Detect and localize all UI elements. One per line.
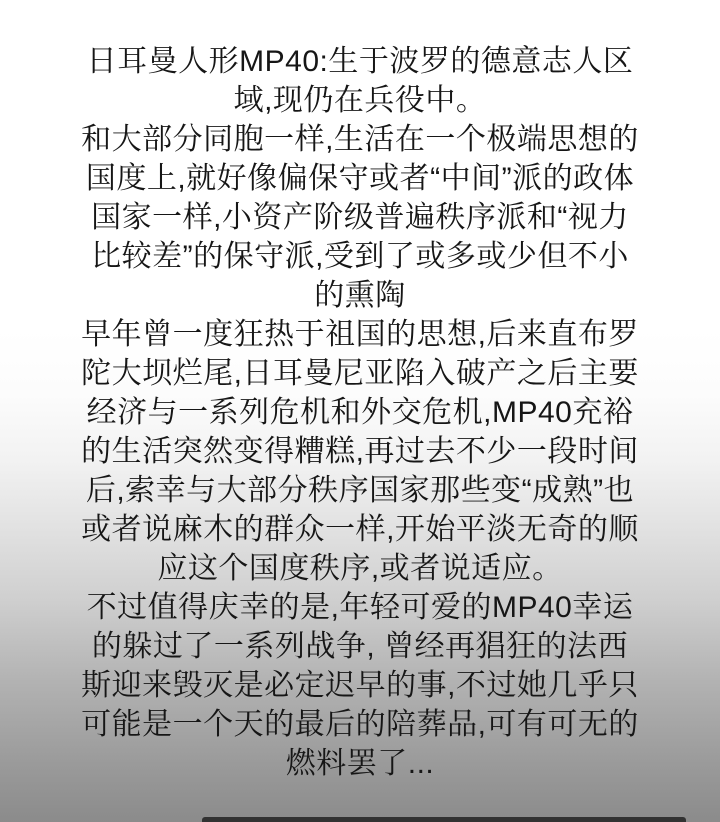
text-line: 斯迎来毁灭是必定迟早的事,不过她几乎只 <box>0 666 720 705</box>
text-line: 国度上,就好像偏保守或者“中间”派的政体 <box>0 159 720 198</box>
text-line: 的熏陶 <box>0 276 720 315</box>
text-block: 日耳曼人形MP40:生于波罗的德意志人区 域,现仍在兵役中。 和大部分同胞一样,… <box>0 42 720 783</box>
text-line: 比较差”的保守派,受到了或多或少但不小 <box>0 237 720 276</box>
text-line: 早年曾一度狂热于祖国的思想,后来直布罗 <box>0 315 720 354</box>
text-line: 经济与一系列危机和外交危机,MP40充裕 <box>0 393 720 432</box>
text-line: 可能是一个天的最后的陪葬品,可有可无的 <box>0 705 720 744</box>
text-line: 国家一样,小资产阶级普遍秩序派和“视力 <box>0 198 720 237</box>
text-line: 和大部分同胞一样,生活在一个极端思想的 <box>0 120 720 159</box>
text-line: 的躲过了一系列战争, 曾经再猖狂的法西 <box>0 627 720 666</box>
text-image-page: 日耳曼人形MP40:生于波罗的德意志人区 域,现仍在兵役中。 和大部分同胞一样,… <box>0 0 720 822</box>
cutoff-next-line-bar <box>202 817 686 822</box>
text-line: 的生活突然变得糟糕,再过去不少一段时间 <box>0 432 720 471</box>
text-line: 燃料罢了... <box>0 744 720 783</box>
text-line: 应这个国度秩序,或者说适应。 <box>0 549 720 588</box>
text-line: 或者说麻木的群众一样,开始平淡无奇的顺 <box>0 510 720 549</box>
text-line: 不过值得庆幸的是,年轻可爱的MP40幸运 <box>0 588 720 627</box>
text-line: 陀大坝烂尾,日耳曼尼亚陷入破产之后主要 <box>0 354 720 393</box>
text-line: 域,现仍在兵役中。 <box>0 81 720 120</box>
text-line: 后,索幸与大部分秩序国家那些变“成熟”也 <box>0 471 720 510</box>
text-line: 日耳曼人形MP40:生于波罗的德意志人区 <box>0 42 720 81</box>
